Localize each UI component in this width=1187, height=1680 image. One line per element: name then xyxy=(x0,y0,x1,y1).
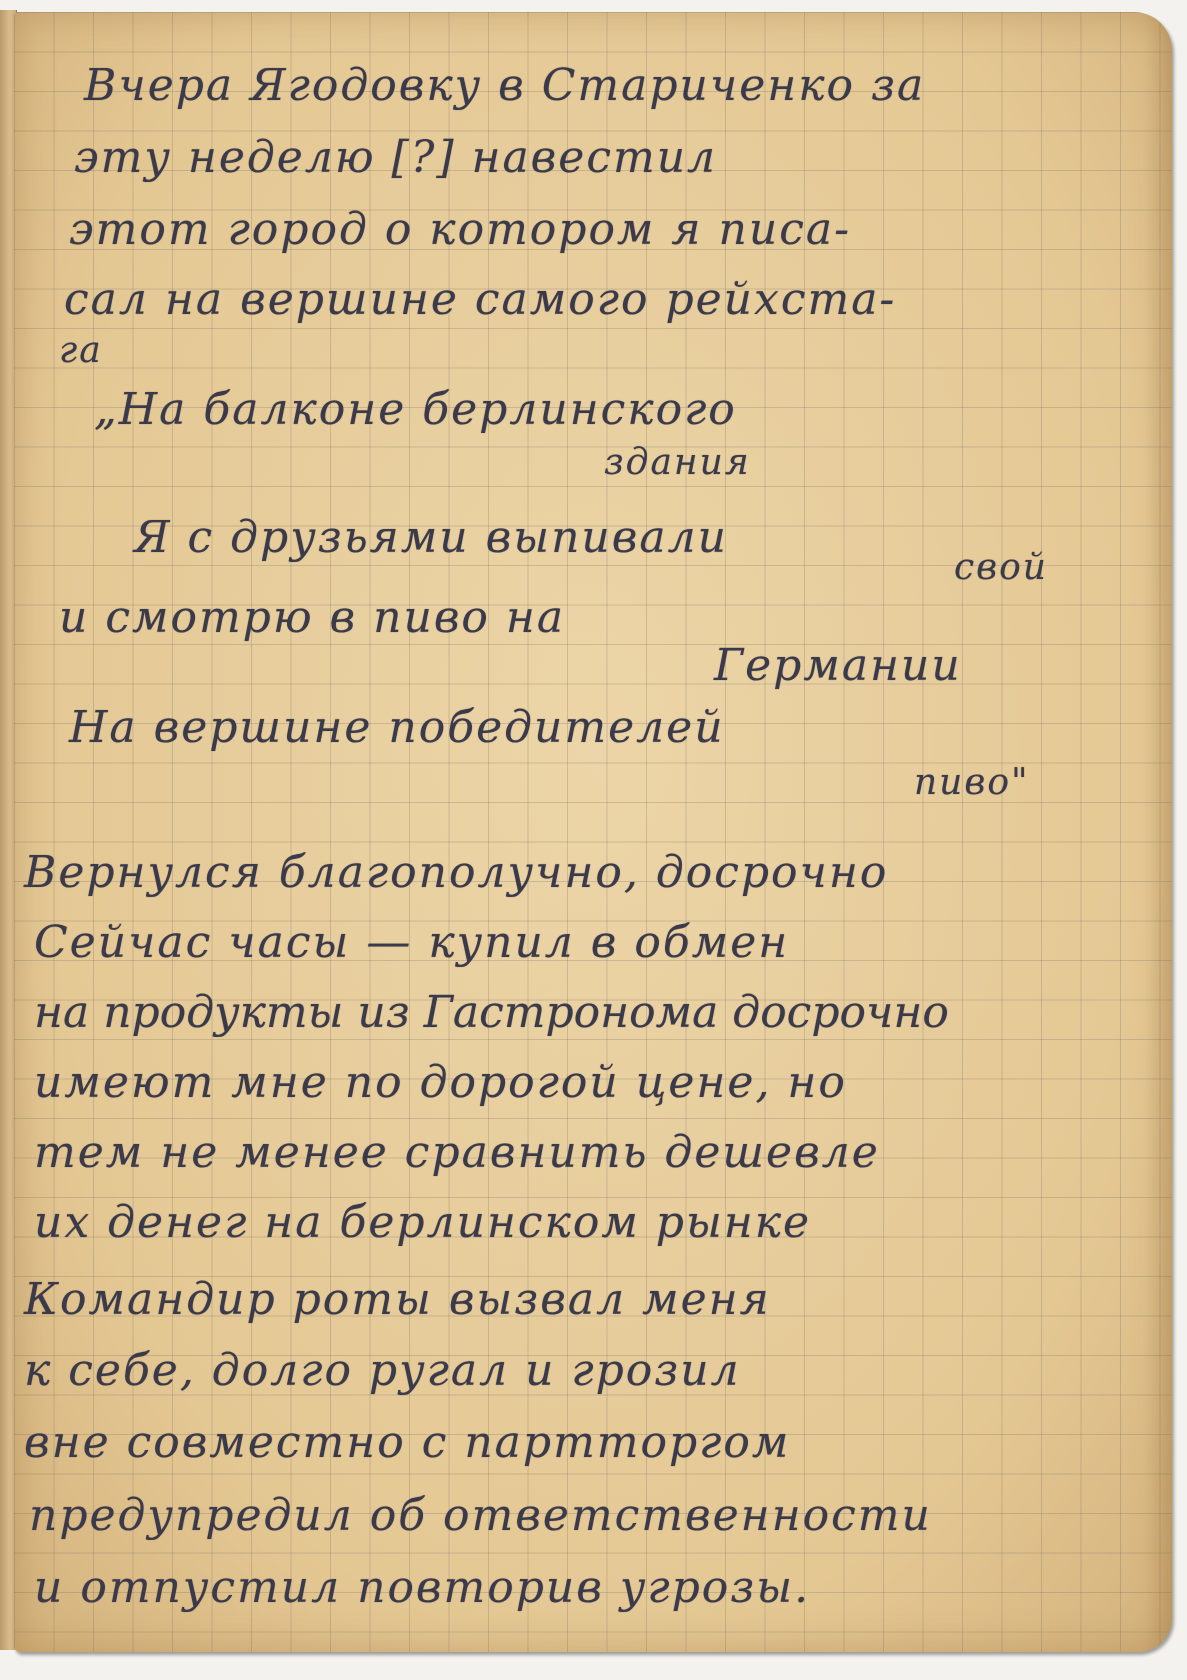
handwritten-line: тем не менее сравнить дешевле xyxy=(34,1127,880,1178)
handwritten-line: на продукты из Гастронома досрочно xyxy=(34,987,949,1038)
handwritten-line: Сейчас часы — купил в обмен xyxy=(34,917,789,968)
handwritten-line: Командир роты вызвал меня xyxy=(24,1274,771,1325)
handwritten-line: Германии xyxy=(714,640,962,691)
handwritten-line: „На балконе берлинского xyxy=(94,384,737,435)
handwritten-text-block: Вчера Ягодовку в Стариченко за эту недел… xyxy=(14,12,1172,1652)
handwritten-line: На вершине победителей xyxy=(69,702,725,753)
handwritten-line: сал на вершине самого рейхста- xyxy=(64,274,896,325)
handwritten-line: Вчера Ягодовку в Стариченко за xyxy=(84,60,925,111)
handwritten-line: вне совместно с партторгом xyxy=(24,1417,790,1468)
handwritten-line: га xyxy=(59,330,103,371)
handwritten-line: здания xyxy=(604,442,751,483)
notebook-page: Вчера Ягодовку в Стариченко за эту недел… xyxy=(14,12,1172,1652)
handwritten-line: имеют мне по дорогой цене, но xyxy=(34,1057,847,1108)
handwritten-line: к себе, долго ругал и грозил xyxy=(24,1345,741,1396)
handwritten-line: эту неделю [?] навестил xyxy=(74,132,717,183)
handwritten-line: и смотрю в пиво на xyxy=(59,592,565,643)
handwritten-line: пиво" xyxy=(914,762,1030,803)
handwritten-line: Вернулся благополучно, досрочно xyxy=(24,847,888,898)
handwritten-line: Я с друзьями выпивали xyxy=(134,512,728,563)
handwritten-line: их денег на берлинском рынке xyxy=(34,1197,811,1248)
handwritten-line: предупредил об ответственности xyxy=(29,1490,932,1541)
handwritten-line: этот город о котором я писа- xyxy=(69,204,851,255)
handwritten-line: и отпустил повторив угрозы. xyxy=(34,1562,810,1613)
handwritten-line: свой xyxy=(954,547,1048,588)
